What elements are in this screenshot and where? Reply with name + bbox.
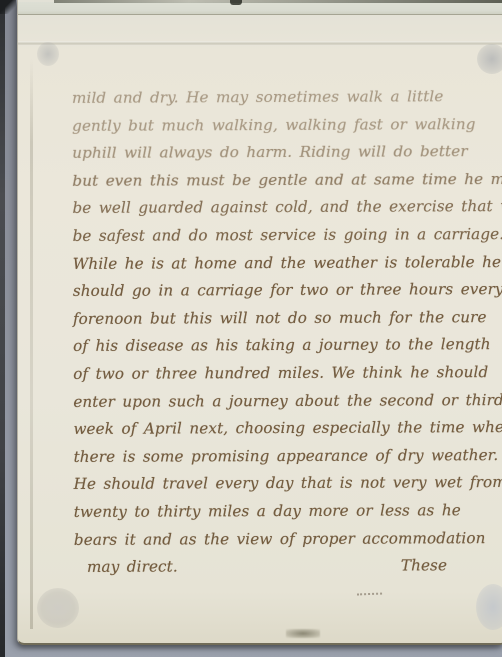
manuscript-line: mild and dry. He may sometimes walk a li… bbox=[72, 83, 477, 112]
vertical-fold-crease bbox=[30, 58, 33, 629]
manuscript-line: be well guarded against cold, and the ex… bbox=[72, 193, 477, 222]
manuscript-line: week of April next, choosing especially … bbox=[73, 414, 478, 443]
manuscript-line: of two or three hundred miles. We think … bbox=[73, 359, 478, 388]
closing-line: may direct. These bbox=[74, 552, 479, 581]
manuscript-line: He should travel every day that is not v… bbox=[74, 469, 479, 498]
binding-corner-shadow bbox=[0, 0, 16, 14]
wafer-mark-bottom-right bbox=[476, 584, 502, 630]
manuscript-line: be safest and do most service is going i… bbox=[73, 221, 478, 250]
wafer-mark-bottom-left bbox=[37, 588, 79, 628]
manuscript-line: should go in a carriage for two or three… bbox=[73, 276, 478, 305]
manuscript-photo: mild and dry. He may sometimes walk a li… bbox=[0, 0, 502, 657]
closing-text: may direct. bbox=[87, 554, 178, 582]
manuscript-line: there is some promising appearance of dr… bbox=[73, 442, 478, 471]
manuscript-line: forenoon but this will not do so much fo… bbox=[73, 304, 478, 333]
horizontal-fold-crease bbox=[18, 41, 502, 46]
paper-top-edge-speck bbox=[230, 0, 242, 5]
binding-edge-strip bbox=[0, 0, 5, 657]
paper-top-fold-band bbox=[18, 2, 502, 15]
manuscript-line: bears it and as the view of proper accom… bbox=[74, 525, 479, 554]
manuscript-line: but even this must be gentle and at same… bbox=[72, 166, 477, 195]
catchword: These bbox=[401, 552, 447, 580]
manuscript-line: gently but much walking, walking fast or… bbox=[72, 111, 477, 140]
manuscript-line: uphill will always do harm. Riding will … bbox=[72, 138, 477, 167]
letter-body-text: mild and dry. He may sometimes walk a li… bbox=[72, 83, 479, 581]
paper-top-edge-shadow bbox=[54, 0, 502, 3]
manuscript-line: of his disease as his taking a journey t… bbox=[73, 331, 478, 360]
manuscript-line: twenty to thirty miles a day more or les… bbox=[74, 497, 479, 526]
ink-smudge-bottom-edge bbox=[286, 629, 320, 638]
pencil-squiggle-mark bbox=[357, 589, 382, 596]
manuscript-line: enter upon such a journey about the seco… bbox=[73, 387, 478, 416]
manuscript-line: While he is at home and the weather is t… bbox=[73, 249, 478, 278]
letter-page: mild and dry. He may sometimes walk a li… bbox=[17, 0, 502, 645]
wafer-mark-top-left bbox=[37, 42, 59, 66]
wafer-mark-top-right bbox=[477, 44, 502, 74]
